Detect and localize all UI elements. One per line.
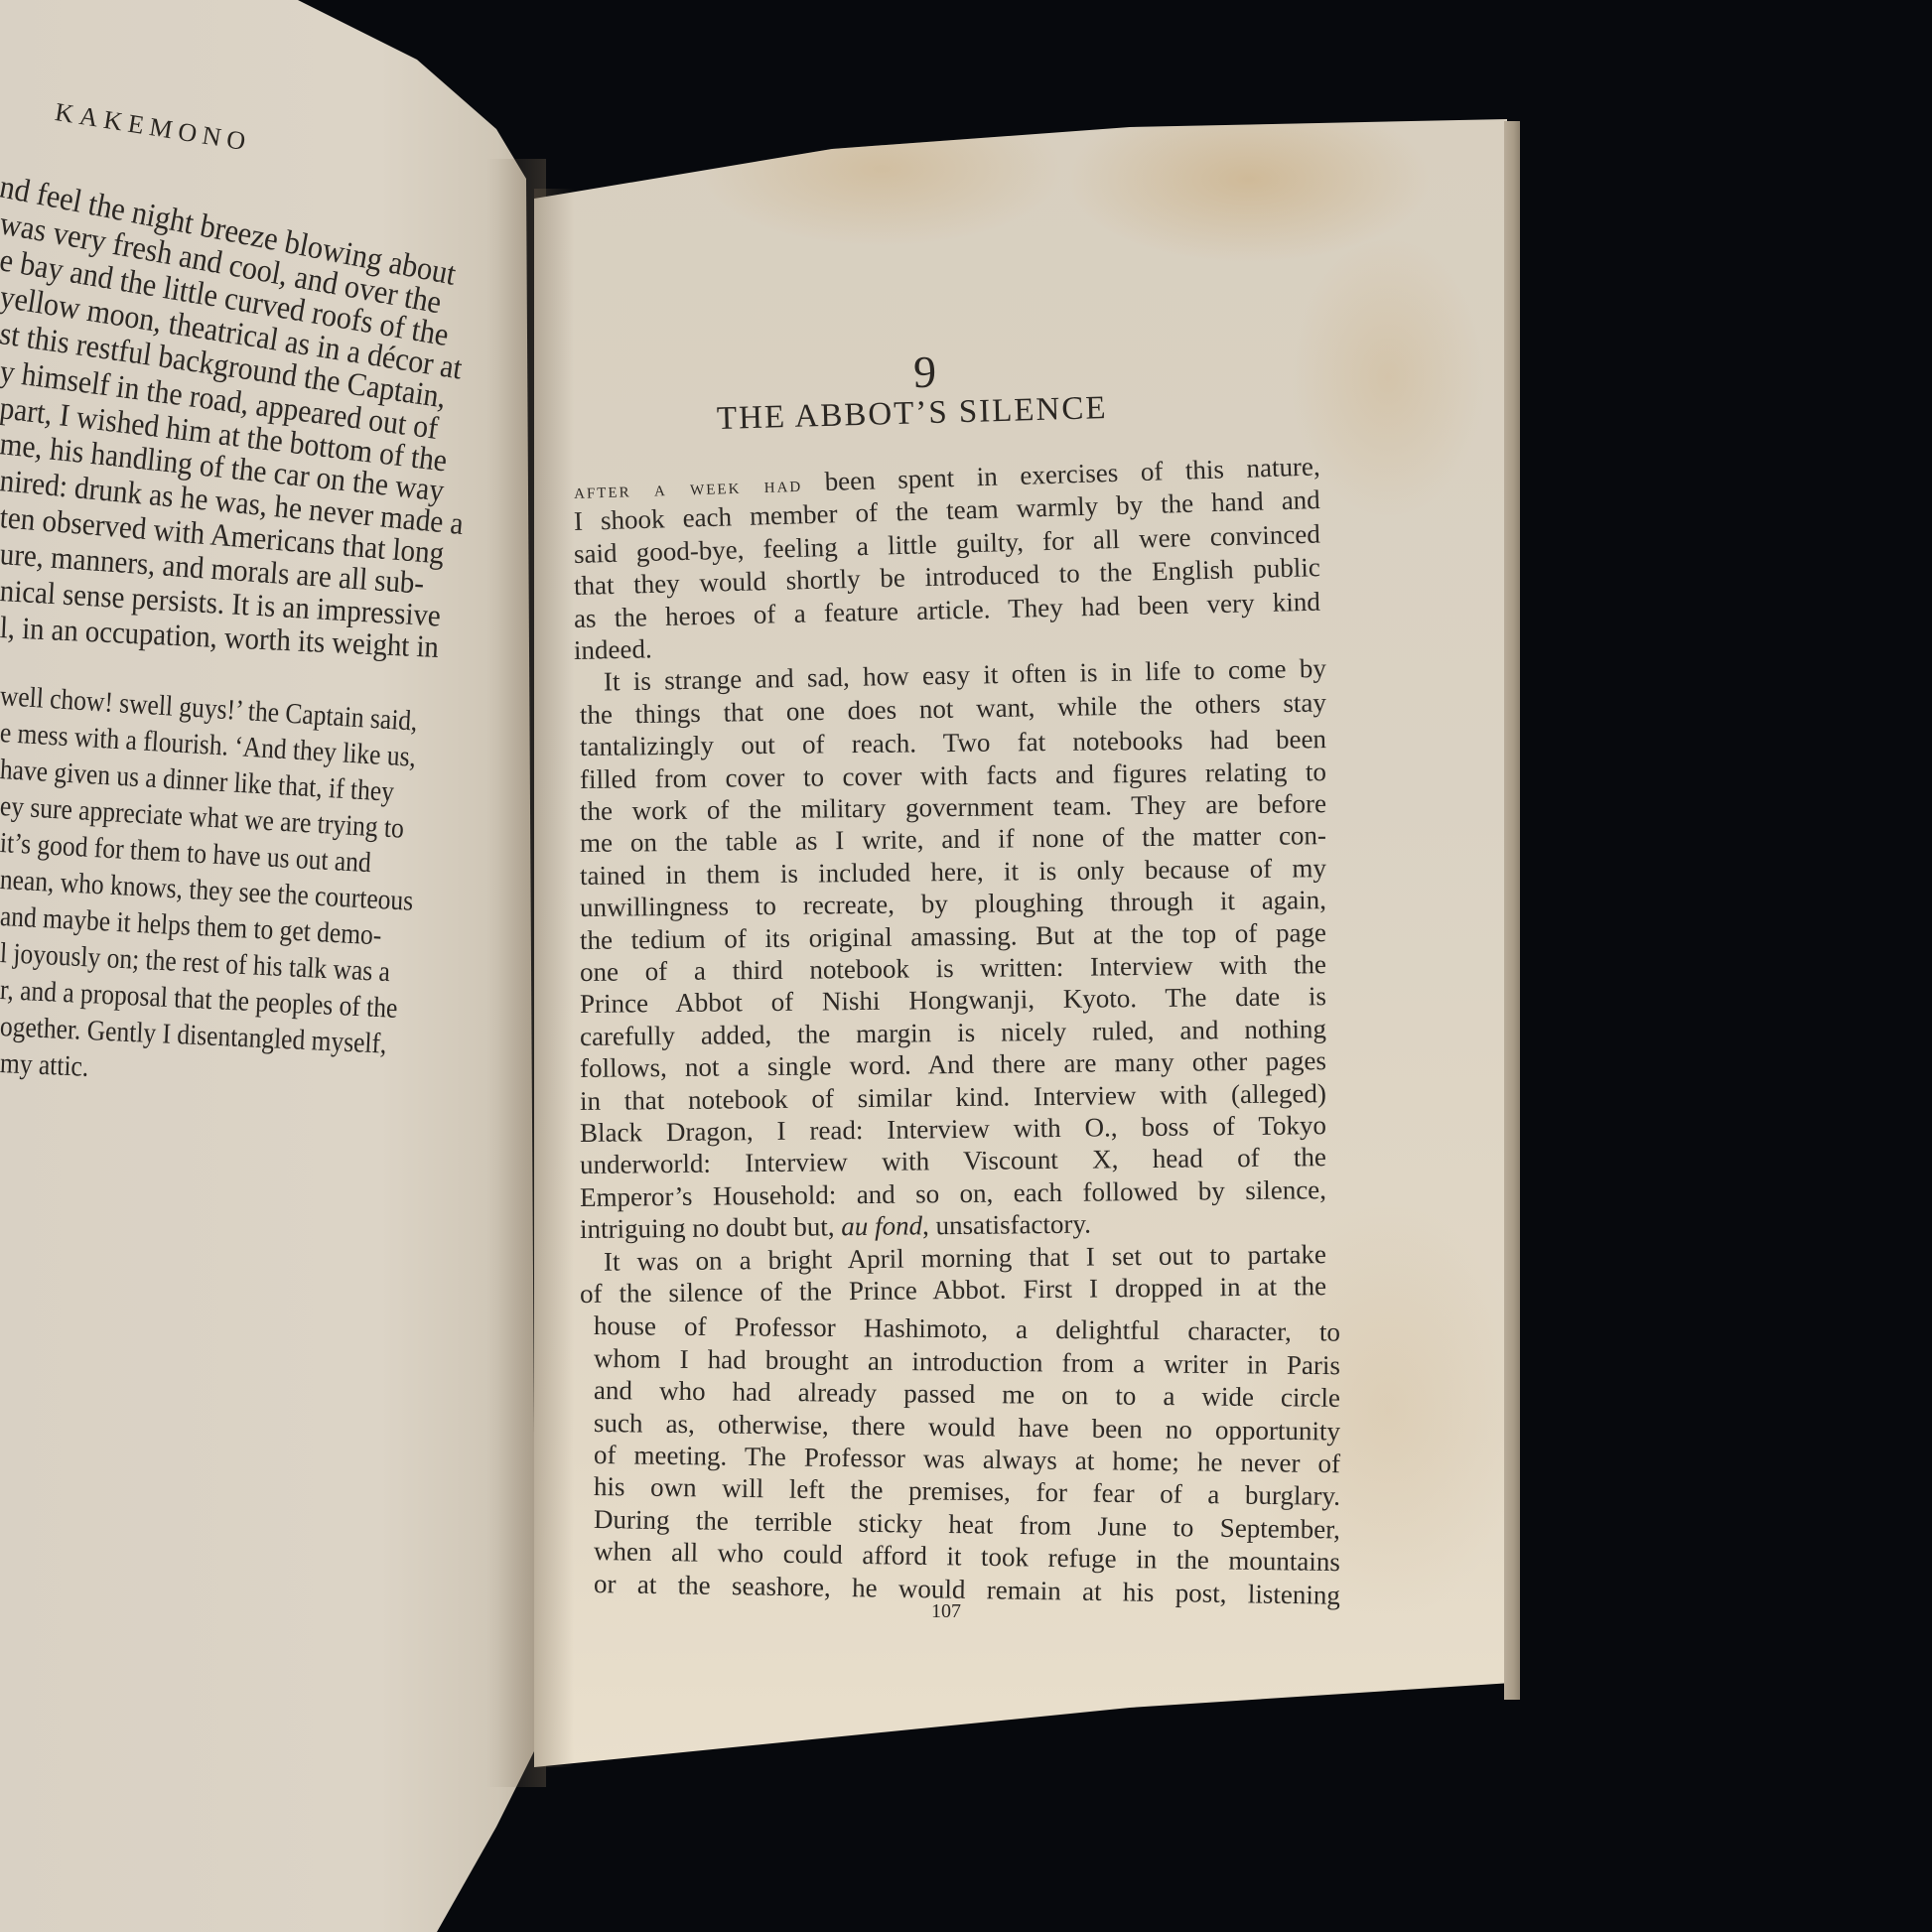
chapter-number: 9 (913, 345, 936, 398)
gutter-shadow-right (534, 189, 574, 1767)
page-edges (1504, 121, 1520, 1700)
opening-small-caps: After a week had (574, 472, 803, 503)
italic-phrase: au fond (841, 1211, 922, 1242)
left-text-line: my attic. (0, 1047, 89, 1084)
open-book-photo: KAKEMONO nd feel the night breeze blowin… (0, 0, 1932, 1932)
page-number: 107 (931, 1600, 961, 1623)
